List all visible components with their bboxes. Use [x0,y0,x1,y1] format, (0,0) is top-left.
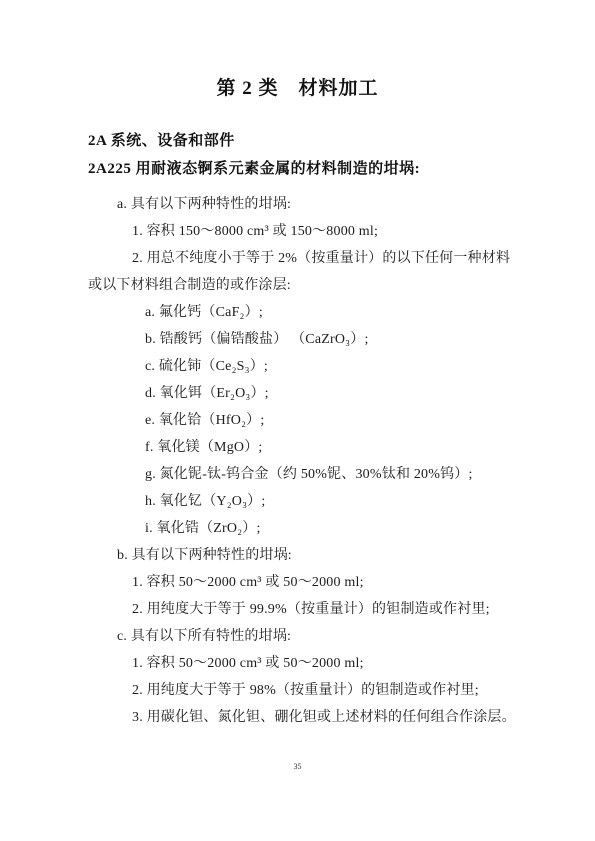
document-page: 第 2 类 材料加工 2A 系统、设备和部件 2A225 用耐液态锕系元素金属的… [0,0,595,841]
material-item-b: b. 锆酸钙（偏锆酸盐） （CaZrO₃）; [145,326,508,353]
material-item-d: d. 氧化铒（Er₂O₃）; [145,380,508,407]
item-b-2: 2. 用纯度大于等于 99.9%（按重量计）的钽制造或作衬里; [132,596,508,623]
item-a-2: 2. 用总不纯度小于等于 2%（按重量计）的以下任何一种材料 [132,245,508,272]
material-item-e: e. 氧化铪（HfO₂）; [145,407,508,434]
item-b-heading: b. 具有以下两种特性的坩埚: [117,542,508,569]
entry-body: a. 具有以下两种特性的坩埚: 1. 容积 150～8000 cm³ 或 150… [88,191,508,731]
material-item-f: f. 氧化镁（MgO）; [145,434,508,461]
item-b-1: 1. 容积 50～2000 cm³ 或 50～2000 ml; [132,569,508,596]
item-a-1: 1. 容积 150～8000 cm³ 或 150～8000 ml; [132,218,508,245]
material-item-c: c. 硫化铈（Ce₂S₃）; [145,353,508,380]
material-item-a: a. 氟化钙（CaF₂）; [145,299,508,326]
item-c-3: 3. 用碳化钽、氮化钽、硼化钽或上述材料的任何组合作涂层。 [132,704,508,731]
material-item-g: g. 氮化铌-钛-钨合金（约 50%铌、30%钛和 20%钨）; [145,461,508,488]
item-c-2: 2. 用纯度大于等于 98%（按重量计）的钽制造或作衬里; [132,677,508,704]
material-item-i: i. 氧化锆（ZrO₂）; [145,515,508,542]
page-title: 第 2 类 材料加工 [0,73,595,100]
section-heading-2a: 2A 系统、设备和部件 [88,129,235,150]
material-item-h: h. 氧化钇（Y₂O₃）; [145,488,508,515]
item-a-heading: a. 具有以下两种特性的坩埚: [117,191,508,218]
page-number: 35 [0,762,595,771]
item-c-1: 1. 容积 50～2000 cm³ 或 50～2000 ml; [132,650,508,677]
item-a-2-continuation: 或以下材料组合制造的或作涂层: [88,272,508,299]
item-c-heading: c. 具有以下所有特性的坩埚: [117,623,508,650]
entry-heading-2a225: 2A225 用耐液态锕系元素金属的材料制造的坩埚: [88,157,420,178]
